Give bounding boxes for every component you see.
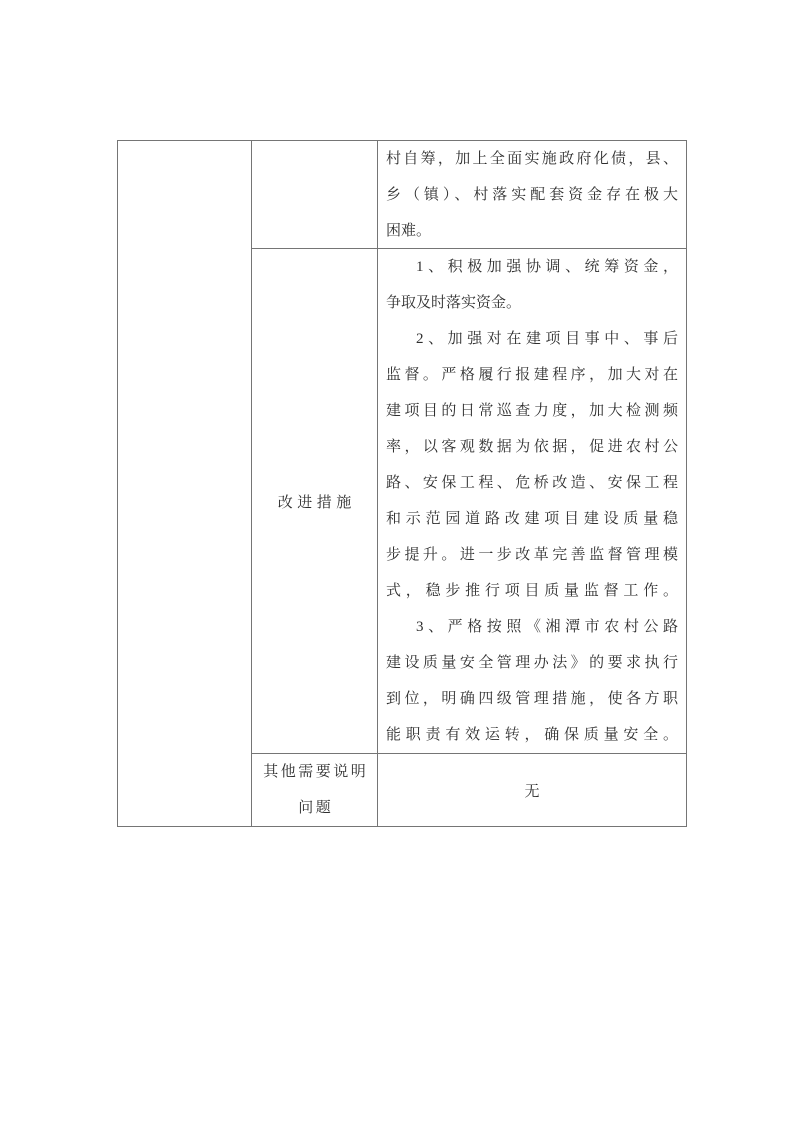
text-line: 和示范园道路改建项目建设质量稳 — [386, 501, 678, 537]
text-line: 建设质量安全管理办法》的要求执行 — [386, 645, 678, 681]
row3-label-cell: 其他需要说明 问题 — [252, 753, 378, 826]
text-line: 能职责有效运转，确保质量安全。 — [386, 717, 678, 753]
text-line: 乡（镇）、村落实配套资金存在极大 — [386, 177, 678, 213]
text-line: 2、加强对在建项目事中、事后 — [386, 321, 678, 357]
none-value: 无 — [524, 780, 539, 801]
row3-content-cell: 无 — [378, 753, 686, 826]
left-merged-cell — [118, 141, 252, 826]
text-line: 村自筹，加上全面实施政府化债，县、 — [386, 141, 678, 177]
other-issues-label-line2: 问题 — [296, 790, 334, 826]
text-line: 困难。 — [386, 213, 678, 248]
text-line: 路、安保工程、危桥改造、安保工程 — [386, 465, 678, 501]
text-line: 式，稳步推行项目质量监督工作。 — [386, 573, 678, 609]
text-line: 1、积极加强协调、统筹资金， — [386, 249, 678, 285]
text-line: 率，以客观数据为依据，促进农村公 — [386, 429, 678, 465]
report-table: 村自筹，加上全面实施政府化债，县、乡（镇）、村落实配套资金存在极大困难。 改进措… — [117, 140, 687, 827]
text-line: 步提升。进一步改革完善监督管理模 — [386, 537, 678, 573]
row2-content-cell: 1、积极加强协调、统筹资金，争取及时落实资金。2、加强对在建项目事中、事后监督。… — [378, 248, 686, 753]
row1-label-cell — [252, 141, 378, 248]
page: 村自筹，加上全面实施政府化债，县、乡（镇）、村落实配套资金存在极大困难。 改进措… — [0, 0, 793, 1122]
text-line: 监督。严格履行报建程序，加大对在 — [386, 357, 678, 393]
text-line: 建项目的日常巡查力度，加大检测频 — [386, 393, 678, 429]
text-line: 到位，明确四级管理措施，使各方职 — [386, 681, 678, 717]
text-line: 争取及时落实资金。 — [386, 285, 678, 321]
other-issues-label-line1: 其他需要说明 — [261, 754, 369, 790]
text-line: 3、严格按照《湘潭市农村公路 — [386, 609, 678, 645]
improvement-measures-label: 改进措施 — [273, 491, 356, 512]
row1-content-cell: 村自筹，加上全面实施政府化债，县、乡（镇）、村落实配套资金存在极大困难。 — [378, 141, 686, 248]
row2-label-cell: 改进措施 — [252, 248, 378, 753]
